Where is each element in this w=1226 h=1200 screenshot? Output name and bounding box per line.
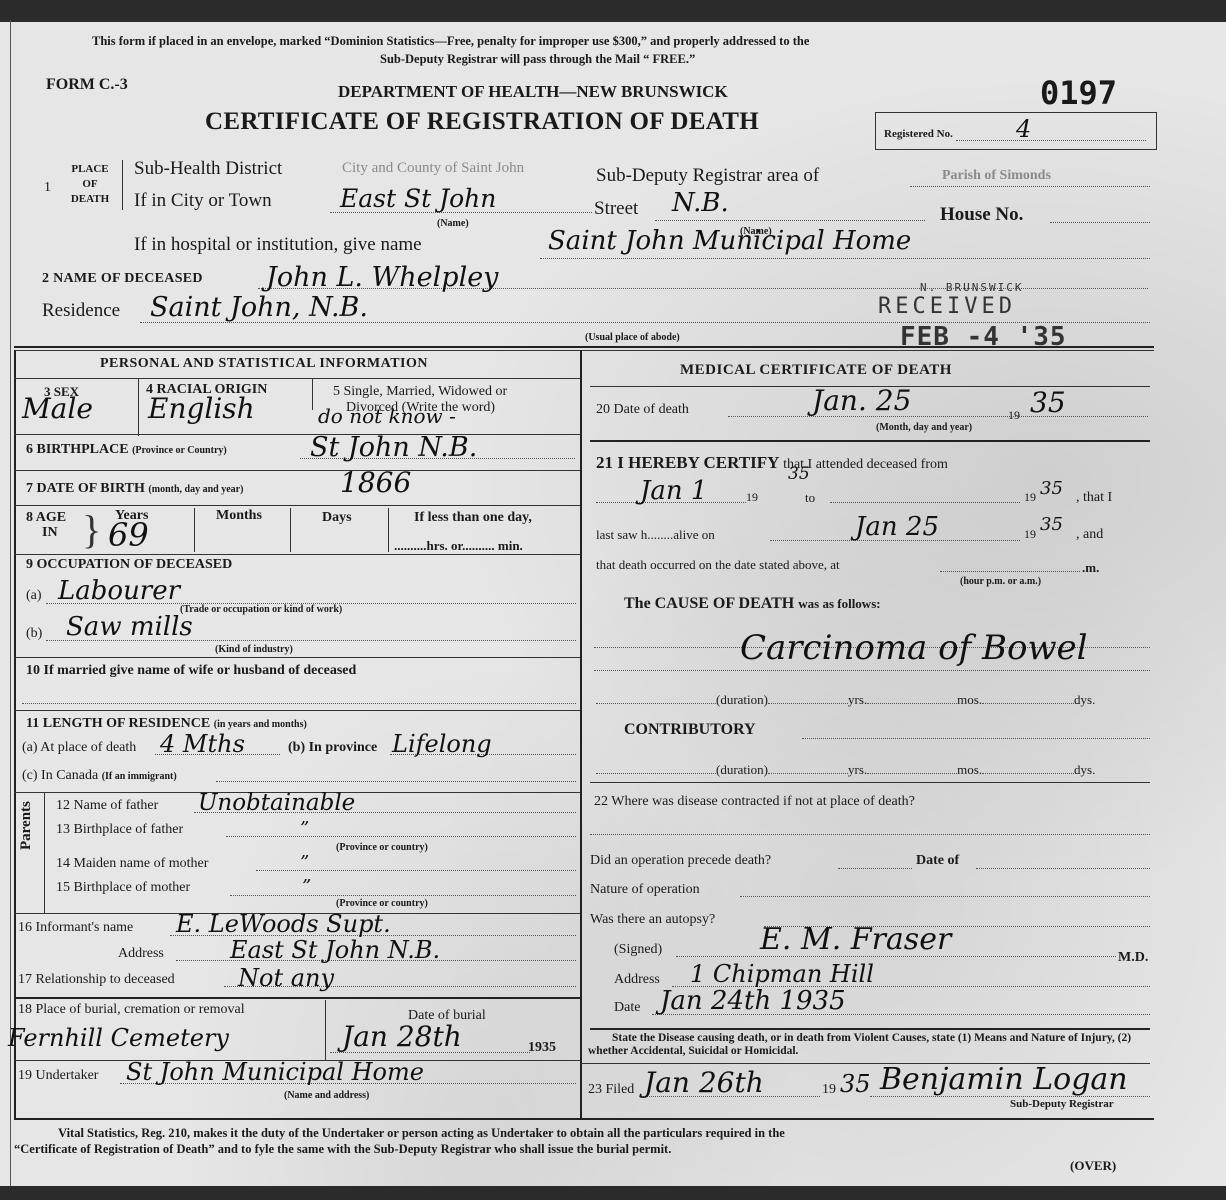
attended-from-year-prefix: 19: [746, 490, 758, 505]
section-1-number: 1: [44, 180, 51, 196]
sex-value: Male: [22, 392, 93, 425]
house-no-label: House No.: [940, 204, 1023, 226]
informant-name-label: 16 Informant's name: [18, 920, 133, 936]
contributory-duration-row: (duration)yrs.mos.dys.: [596, 762, 1095, 778]
cause-label: The CAUSE OF DEATH was as follows:: [624, 595, 881, 613]
last-saw-year-value: 35: [1040, 514, 1063, 535]
over-label: (OVER): [1070, 1158, 1116, 1174]
in-canada-label: (c) In Canada (If an immigrant): [22, 768, 177, 784]
filed-label: 23 Filed: [588, 1082, 634, 1098]
residence-label: Residence: [42, 300, 120, 322]
scan-border-bottom: [0, 1186, 1226, 1200]
scan-edge: [10, 20, 11, 1186]
physician-address-label: Address: [614, 972, 660, 988]
hospital-name-caption: (Name): [740, 226, 772, 237]
autopsy-label: Was there an autopsy?: [590, 912, 715, 928]
disease-note: State the Disease causing death, or in d…: [588, 1032, 1148, 1058]
informant-name-value: E. LeWoods Supt.: [176, 910, 391, 938]
registered-no-label: Registered No.: [884, 128, 953, 140]
m-label: .m.: [1082, 560, 1099, 576]
attended-to-year-value: 35: [1040, 478, 1063, 499]
mother-birthplace-value: ”: [302, 876, 311, 897]
footer-note-line1: Vital Statistics, Reg. 210, makes it the…: [58, 1126, 785, 1141]
racial-origin-value: English: [148, 392, 255, 425]
and-label: , and: [1076, 527, 1103, 543]
age-years-value: 69: [108, 516, 149, 554]
attended-to-year-prefix: 19: [1024, 490, 1036, 505]
last-saw-value: Jan 25: [855, 512, 939, 542]
operation-label: Did an operation precede death?: [590, 853, 771, 869]
occupation-b-caption: (Kind of industry): [215, 644, 293, 655]
date-of-death-caption: (Month, day and year): [876, 422, 972, 433]
mother-maiden-label: 14 Maiden name of mother: [56, 856, 208, 872]
deceased-name-value: John L. Whelpley: [266, 262, 498, 293]
postal-notice-line2: Sub-Deputy Registrar will pass through t…: [380, 52, 695, 67]
relationship-value: Not any: [238, 964, 334, 992]
md-label: M.D.: [1118, 950, 1148, 966]
attended-from-value: Jan 1: [640, 476, 707, 506]
age-in-label: IN: [42, 525, 58, 541]
hospital-value: Saint John Municipal Home: [548, 226, 911, 256]
date-of-death-label: 20 Date of death: [596, 402, 689, 418]
filed-date-value: Jan 26th: [644, 1066, 764, 1099]
cause-duration-row: (duration)yrs.mos.dys.: [596, 692, 1095, 708]
footer-note-line2: “Certificate of Registration of Death” a…: [14, 1142, 671, 1157]
personal-heading: PERSONAL AND STATISTICAL INFORMATION: [100, 356, 428, 372]
that-i-label: , that I: [1076, 490, 1112, 506]
department-name: DEPARTMENT OF HEALTH—NEW BRUNSWICK: [338, 82, 728, 102]
date-of-death-value: Jan. 25: [812, 384, 911, 417]
occupation-b-label: (b): [26, 626, 42, 642]
marital-status-label: 5 Single, Married, Widowed or: [333, 384, 507, 400]
birthplace-value: St John N.B.: [310, 432, 477, 463]
sub-health-district-label: Sub-Health District: [134, 158, 282, 180]
age-label: 8 AGE: [26, 510, 66, 526]
father-birthplace-label: 13 Birthplace of father: [56, 822, 183, 838]
certify-label: 21 I HEREBY CERTIFY that I attended dece…: [596, 453, 948, 473]
hour-caption: (hour p.m. or a.m.): [960, 576, 1041, 587]
birthplace-label: 6 BIRTHPLACE (Province or Country): [26, 442, 227, 458]
registered-no-box: Registered No. 4: [875, 112, 1157, 150]
attended-from-year-value: 35: [788, 464, 810, 484]
occupation-a-label: (a): [26, 588, 42, 604]
city-label: If in City or Town: [134, 190, 272, 212]
last-saw-year-prefix: 19: [1024, 527, 1036, 542]
sub-health-district-value: City and County of Saint John: [342, 160, 524, 177]
burial-place-value: Fernhill Cemetery: [8, 1024, 229, 1052]
burial-date-year: 1935: [528, 1040, 556, 1056]
scan-border-top: [0, 0, 1226, 22]
hospital-label: If in hospital or institution, give name: [134, 234, 422, 256]
place-of-death-label: PLACE OF DEATH: [64, 162, 116, 207]
dob-label: 7 DATE OF BIRTH (month, day and year): [26, 481, 243, 497]
page-title: CERTIFICATE OF REGISTRATION OF DEATH: [205, 108, 759, 136]
spouse-label: 10 If married give name of wife or husba…: [26, 663, 356, 679]
informant-address-value: East St John N.B.: [230, 936, 440, 964]
relationship-label: 17 Relationship to deceased: [18, 972, 175, 988]
dob-value: 1866: [340, 466, 411, 499]
physician-address-value: 1 Chipman Hill: [690, 960, 874, 988]
age-months-label: Months: [216, 508, 262, 524]
operation-nature-label: Nature of operation: [590, 882, 700, 898]
registrar-signature: Benjamin Logan: [880, 1062, 1128, 1097]
occupation-label: 9 OCCUPATION OF DECEASED: [26, 557, 232, 573]
city-name-caption: (Name): [437, 218, 469, 229]
death-certificate: This form if placed in an envelope, mark…: [0, 0, 1226, 1200]
residence-caption: (Usual place of abode): [585, 332, 680, 343]
street-value: N.B.: [672, 188, 729, 218]
less-than-day-label: If less than one day,: [414, 510, 532, 526]
postal-notice-line1: This form if placed in an envelope, mark…: [92, 34, 809, 49]
mother-birthplace-label: 15 Birthplace of mother: [56, 880, 190, 896]
residence-value: Saint John, N.B.: [150, 292, 368, 323]
in-province-value: Lifelong: [392, 730, 492, 758]
physician-signature: E. M. Fraser: [760, 922, 951, 957]
filed-year-prefix: 19: [822, 1082, 836, 1098]
attended-to-label: to: [805, 490, 815, 506]
signed-label: (Signed): [614, 942, 662, 958]
sub-deputy-area-label: Sub-Deputy Registrar area of: [596, 165, 819, 187]
medical-heading: MEDICAL CERTIFICATE OF DEATH: [680, 362, 952, 379]
father-name-value: Unobtainable: [198, 790, 355, 816]
occupation-a-value: Labourer: [58, 576, 180, 606]
sub-deputy-area-value: Parish of Simonds: [942, 168, 1051, 184]
mother-maiden-value: ”: [300, 852, 309, 873]
operation-date-label: Date of: [916, 853, 959, 869]
at-place-value: 4 Mths: [160, 730, 245, 758]
parents-side-label: Parents: [18, 801, 35, 850]
last-saw-label: last saw h........alive on: [596, 527, 715, 543]
hrs-min-label: ..........hrs. or.......... min.: [394, 538, 523, 554]
received-stamp-region: N. BRUNSWICK: [920, 281, 1023, 294]
physician-date-label: Date: [614, 1000, 640, 1016]
informant-address-label: Address: [118, 946, 164, 962]
burial-place-label: 18 Place of burial, cremation or removal: [18, 1002, 245, 1018]
contracted-label: 22 Where was disease contracted if not a…: [594, 794, 915, 810]
mother-province-caption: (Province or country): [336, 898, 428, 909]
age-brace: }: [82, 506, 101, 553]
marital-status-value: do not know -: [318, 404, 456, 428]
contributory-label: CONTRIBUTORY: [624, 721, 756, 739]
occupation-a-caption: (Trade or occupation or kind of work): [180, 604, 342, 615]
city-value: East St John: [340, 184, 496, 213]
age-days-label: Days: [322, 510, 352, 526]
serial-number: 0197: [1040, 74, 1117, 112]
father-province-caption: (Province or country): [336, 842, 428, 853]
undertaker-caption: (Name and address): [284, 1090, 369, 1101]
date-of-death-year-prefix: 19: [1008, 408, 1020, 423]
father-name-label: 12 Name of father: [56, 798, 158, 814]
physician-date-value: Jan 24th 1935: [660, 986, 846, 1016]
registrar-caption: Sub-Deputy Registrar: [1010, 1098, 1114, 1110]
at-place-label: (a) At place of death: [22, 740, 136, 756]
undertaker-value: St John Municipal Home: [126, 1058, 424, 1086]
form-id: FORM C.-3: [46, 76, 128, 94]
death-occurred-label: that death occurred on the date stated a…: [596, 557, 840, 573]
registered-no-value: 4: [1016, 115, 1031, 143]
burial-date-value: Jan 28th: [342, 1020, 462, 1053]
received-stamp: RECEIVED: [878, 294, 1016, 319]
filed-year-value: 35: [840, 1070, 871, 1098]
in-province-label: (b) In province: [288, 740, 377, 756]
occupation-b-value: Saw mills: [66, 612, 193, 642]
date-of-death-year-value: 35: [1030, 386, 1066, 419]
undertaker-label: 19 Undertaker: [18, 1068, 98, 1084]
cause-value: Carcinoma of Bowel: [740, 628, 1088, 668]
deceased-name-label: 2 NAME OF DECEASED: [42, 271, 203, 287]
father-birthplace-value: ”: [300, 818, 309, 839]
street-label: Street: [594, 198, 638, 220]
